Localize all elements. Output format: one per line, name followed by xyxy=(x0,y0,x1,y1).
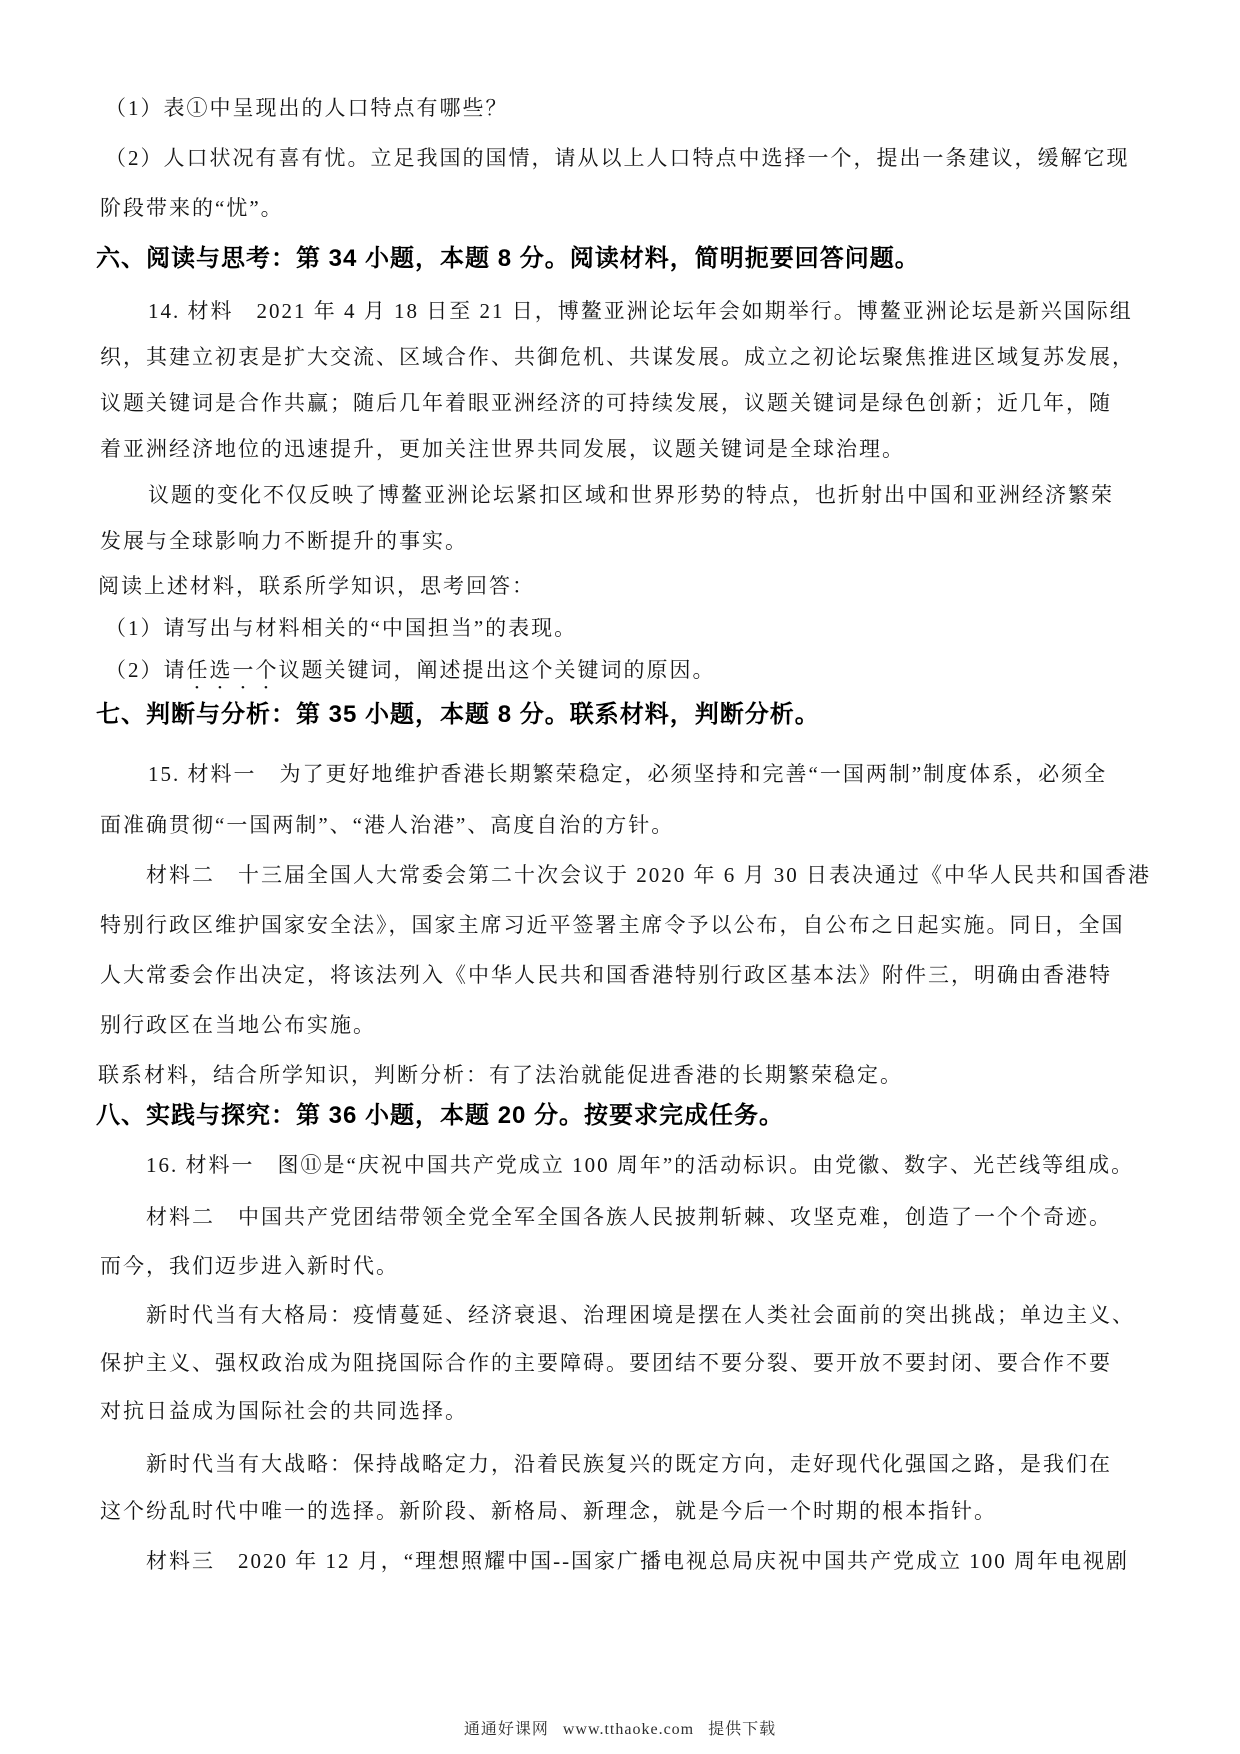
q15-material1-line-1: 15. 材料一 为了更好地维护香港长期繁荣稳定，必须坚持和完善“一国两制”制度体… xyxy=(148,759,1107,789)
q15-material1-line-2: 面准确贯彻“一国两制”、“港人治港”、高度自治的方针。 xyxy=(100,810,674,840)
footer-url: www.tthaoke.com xyxy=(563,1721,694,1738)
page-footer: 通通好课网www.tthaoke.com提供下载 xyxy=(0,1716,1240,1739)
q16-strategy-line-1: 新时代当有大战略：保持战略定力，沿着民族复兴的既定方向，走好现代化强国之路，是我… xyxy=(146,1449,1112,1479)
q14-material-line-1: 14. 材料 2021 年 4 月 18 日至 21 日，博鳌亚洲论坛年会如期举… xyxy=(148,296,1133,326)
q16-strategy-line-2: 这个纷乱时代中唯一的选择。新阶段、新格局、新理念，就是今后一个时期的根本指针。 xyxy=(100,1496,997,1526)
section-6-heading: 六、阅读与思考：第 34 小题，本题 8 分。阅读材料，简明扼要回答问题。 xyxy=(96,238,920,273)
q16-pattern-line-3: 对抗日益成为国际社会的共同选择。 xyxy=(100,1396,468,1426)
q14-analysis-line-2: 发展与全球影响力不断提升的事实。 xyxy=(100,526,468,556)
q15-material2-line-4: 别行政区在当地公布实施。 xyxy=(100,1010,376,1040)
q16-material2-line-2: 而今，我们迈步进入新时代。 xyxy=(100,1251,399,1281)
q13-part2-line-1: （2）人口状况有喜有忧。立足我国的国情，请从以上人口特点中选择一个，提出一条建议… xyxy=(105,143,1130,173)
exam-paper-page: （1）表①中呈现出的人口特点有哪些？ （2）人口状况有喜有忧。立足我国的国情，请… xyxy=(0,0,1240,1754)
q13-part1-line: （1）表①中呈现出的人口特点有哪些？ xyxy=(105,93,509,123)
q16-pattern-line-2: 保护主义、强权政治成为阻挠国际合作的主要障碍。要团结不要分裂、要开放不要封闭、要… xyxy=(100,1348,1112,1378)
q14-analysis-line-1: 议题的变化不仅反映了博鳌亚洲论坛紧扣区域和世界形势的特点，也折射出中国和亚洲经济… xyxy=(148,480,1114,510)
q15-material2-line-1: 材料二 十三届全国人大常委会第二十次会议于 2020 年 6 月 30 日表决通… xyxy=(146,860,1151,890)
q15-judge-prompt: 联系材料，结合所学知识，判断分析：有了法治就能促进香港的长期繁荣稳定。 xyxy=(98,1060,903,1090)
q15-material2-line-2: 特别行政区维护国家安全法》，国家主席习近平签署主席令予以公布，自公布之日起实施。… xyxy=(100,910,1125,940)
q16-material2-line-1: 材料二 中国共产党团结带领全党全军全国各族人民披荆斩棘、攻坚克难，创造了一个个奇… xyxy=(146,1202,1112,1232)
q15-material2-line-3: 人大常委会作出决定，将该法列入《中华人民共和国香港特别行政区基本法》附件三，明确… xyxy=(100,960,1112,990)
section-7-heading: 七、判断与分析：第 35 小题，本题 8 分。联系材料，判断分析。 xyxy=(96,694,820,729)
footer-note: 提供下载 xyxy=(708,1721,776,1738)
q14-part2-prefix: （2）请 xyxy=(105,658,187,682)
q14-part2-suffix: 议题关键词，阐述提出这个关键词的原因。 xyxy=(279,658,716,682)
q14-material-line-3: 议题关键词是合作共赢；随后几年着眼亚洲经济的可持续发展，议题关键词是绿色创新；近… xyxy=(100,388,1112,418)
q14-part2-line: （2）请任选一个议题关键词，阐述提出这个关键词的原因。 xyxy=(105,655,716,694)
q16-material1-line: 16. 材料一 图⑪是“庆祝中国共产党成立 100 周年”的活动标识。由党徽、数… xyxy=(146,1150,1134,1180)
q16-pattern-line-1: 新时代当有大格局：疫情蔓延、经济衰退、治理困境是摆在人类社会面前的突出挑战；单边… xyxy=(146,1300,1135,1330)
footer-site-name: 通通好课网 xyxy=(464,1721,549,1738)
q16-material3-line: 材料三 2020 年 12 月，“理想照耀中国--国家广播电视总局庆祝中国共产党… xyxy=(146,1546,1129,1576)
q14-material-line-4: 着亚洲经济地位的迅速提升，更加关注世界共同发展，议题关键词是全球治理。 xyxy=(100,434,905,464)
q14-part1-line: （1）请写出与材料相关的“中国担当”的表现。 xyxy=(105,613,577,643)
section-8-heading: 八、实践与探究：第 36 小题，本题 20 分。按要求完成任务。 xyxy=(96,1095,784,1130)
q14-part2-emphasized: 任选一个 xyxy=(187,658,279,682)
q14-read-prompt: 阅读上述材料，联系所学知识，思考回答： xyxy=(98,571,535,601)
q14-material-line-2: 织，其建立初衷是扩大交流、区域合作、共御危机、共谋发展。成立之初论坛聚焦推进区域… xyxy=(100,342,1135,372)
q13-part2-line-2: 阶段带来的“忧”。 xyxy=(100,193,284,223)
